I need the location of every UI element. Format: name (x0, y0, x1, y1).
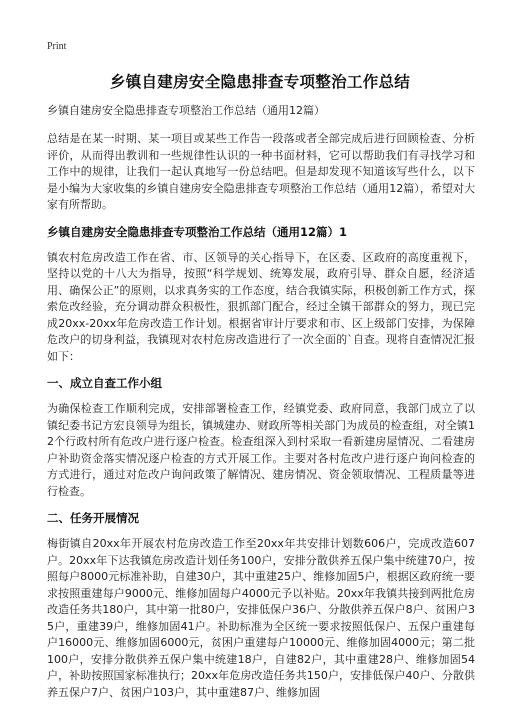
section-body-task-progress: 梅街镇自20xx年开展农村危房改造工作至20xx年共安排计划数606户，完成改造… (47, 536, 475, 701)
section-body-self-inspection-team: 为确保检查工作顺利完成，安排部署检查工作，经镇党委、政府同意，我部门成立了以镇纪… (47, 401, 475, 500)
document-subtitle: 乡镇自建房安全隐患排查专项整治工作总结（通用12篇） (47, 103, 475, 119)
article-intro-paragraph: 镇农村危房改造工作在省、市、区领导的关心指导下，在区委、区政府的高度重视下，坚持… (47, 250, 475, 366)
document-title: 乡镇自建房安全隐患排查专项整治工作总结 (0, 70, 520, 92)
article-heading: 乡镇自建房安全隐患排查专项整治工作总结（通用12篇）1 (47, 224, 475, 240)
print-label: Print (47, 41, 66, 52)
section-heading-self-inspection-team: 一、成立自查工作小组 (47, 375, 475, 391)
section-heading-task-progress: 二、任务开展情况 (47, 510, 475, 526)
document-body: 乡镇自建房安全隐患排查专项整治工作总结（通用12篇） 总结是在某一时期、某一项目… (47, 103, 475, 711)
intro-paragraph: 总结是在某一时期、某一项目或某些工作告一段落或者全部完成后进行回顾检查、分析评价… (47, 131, 475, 214)
